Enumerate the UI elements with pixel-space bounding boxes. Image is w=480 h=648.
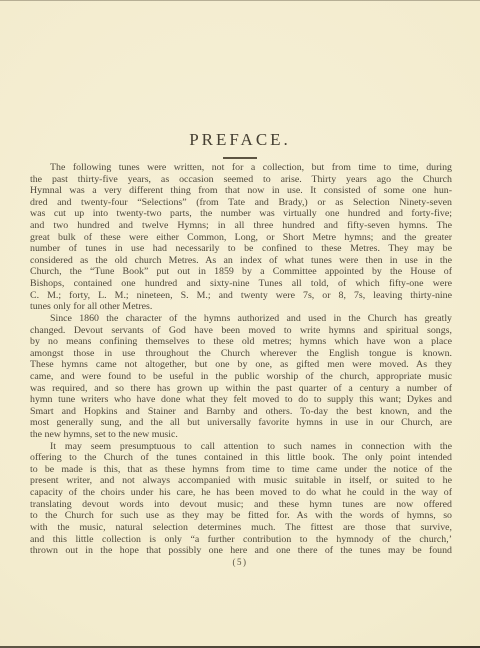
text-line: by no means confining themselves to thes… [30, 336, 452, 348]
text-line: hymn tune writers who have done what the… [30, 394, 452, 406]
text-line: with the music, natural selection determ… [30, 522, 452, 534]
preface-paragraph-2: Since 1860 the character of the hymns au… [30, 313, 452, 441]
text-line: came, and were found to be useful in the… [30, 371, 452, 383]
text-line: was cut up into twenty-two parts, the nu… [30, 208, 452, 220]
text-line: The following tunes were written, not fo… [30, 162, 452, 174]
text-line: present writer, and not always accompani… [30, 475, 452, 487]
text-line: and this little collection is only “a fu… [30, 534, 452, 546]
text-line: great bulk of these were either Common, … [30, 232, 452, 244]
preface-paragraph-1: The following tunes were written, not fo… [30, 162, 452, 313]
text-line: considered as the old church Metres. As … [30, 255, 452, 267]
text-line: to the Church for such use as they may b… [30, 510, 452, 522]
text-line: capacity of the choirs under his care, h… [30, 487, 452, 499]
text-line: the past thirty-five years, as occasion … [30, 174, 452, 186]
text-line: changed. Devout servants of God have bee… [30, 325, 452, 337]
text-line: most generally sung, and the all but uni… [30, 417, 452, 429]
text-line: Church, the “Tune Book” put out in 1859 … [30, 266, 452, 278]
text-line: Bishops, contained one hundred and sixty… [30, 278, 452, 290]
scanned-page: PREFACE. The following tunes were writte… [0, 0, 480, 648]
text-line: C. M.; forty, L. M.; nineteen, S. M.; an… [30, 290, 452, 302]
text-line: Hymnal was a very different thing from t… [30, 185, 452, 197]
text-line: thrown out in the hope that possibly one… [30, 545, 452, 557]
preface-paragraph-3: It may seem presumptuous to call attenti… [30, 441, 452, 557]
text-line: the new hymns, set to the new music. [30, 429, 452, 441]
text-line: These hymns came not altogether, but one… [30, 359, 452, 371]
text-line: tunes only for all other Metres. [30, 301, 452, 313]
title-rule [223, 157, 257, 159]
text-line: number of tunes in use had necessarily t… [30, 243, 452, 255]
text-line: dred and twenty-four “Selections” (from … [30, 197, 452, 209]
text-line: Smart and Hopkins and Stainer and Barnby… [30, 406, 452, 418]
page-title: PREFACE. [0, 130, 480, 150]
text-line: offering to the Church of the tunes cont… [30, 452, 452, 464]
page-number: (5) [0, 557, 480, 567]
text-line: to be made is this, that as these hymns … [30, 464, 452, 476]
text-line: amongst those in use throughout the Chur… [30, 348, 452, 360]
preface-body: The following tunes were written, not fo… [30, 162, 452, 557]
text-line: Since 1860 the character of the hymns au… [30, 313, 452, 325]
text-line: translating devout words into devout mus… [30, 499, 452, 511]
text-line: was required, and so there has grown up … [30, 383, 452, 395]
text-line: It may seem presumptuous to call attenti… [30, 441, 452, 453]
text-line: and two hundred and twelve Hymns; in all… [30, 220, 452, 232]
